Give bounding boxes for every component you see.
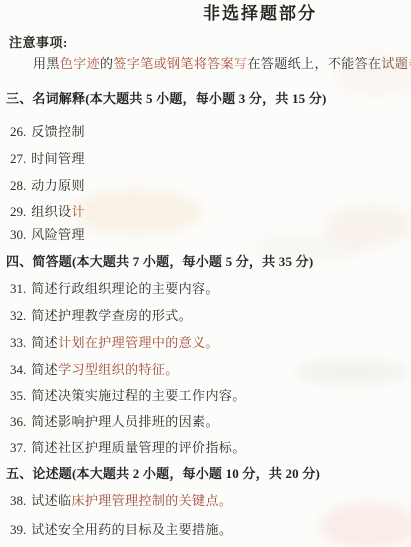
scan-artifact-smudge [320,503,411,547]
text-segment: 在答题纸上，不能答在 [247,56,381,71]
question-item: 32.简述护理教学查房的形式。 [10,307,192,324]
text-segment: 简述决策实施过程的主要工作内容。 [31,388,245,403]
question-number: 27. [10,151,26,166]
text-segment: 。 [219,493,232,508]
text-segment: 简述社区护理质量管理的评价指标。 [31,440,245,455]
section-heading: 四、简答题(本大题共 7 小题，每小题 5 分，共 35 分) [6,253,313,270]
text-segment: 简述影响护理人员排班的因素。 [31,414,219,429]
question-number: 34. [10,362,26,377]
question-item: 38.试述临床护理管理控制的关键点。 [10,492,232,509]
notice-line: 用黑色字迹的签字笔或钢笔将答案写在答题纸上，不能答在试题卷上。 [33,55,411,72]
text-segment: 简述 [31,335,58,350]
notice-label: 注意事项: [9,34,68,51]
text-segment: 的 [100,56,113,71]
scan-artifact-smudge [325,205,411,245]
question-item: 34.简述学习型组织的特征。 [10,361,179,378]
question-item: 28.动力原则 [10,177,85,194]
text-segment: 简述护理教学查房的形式。 [31,308,192,323]
section-heading: 五、论述题(本大题共 2 小题，每小题 10 分，共 20 分) [6,465,320,482]
text-segment: 计 [71,204,84,219]
question-item: 35.简述决策实施过程的主要工作内容。 [10,387,246,404]
question-number: 26. [10,124,26,139]
question-item: 27.时间管理 [10,150,85,167]
text-segment: 试题卷 [381,56,411,71]
text-segment: 动力原则 [31,178,85,193]
text-segment: 签字笔或钢笔将答案 [113,56,234,71]
question-number: 39. [10,522,26,537]
page-title: 非选择题部分 [110,3,410,25]
question-item: 39.试述安全用药的目标及主要措施。 [10,521,232,538]
question-number: 38. [10,493,26,508]
question-item: 31.简述行政组织理论的主要内容。 [10,280,219,297]
question-item: 30.风险管理 [10,226,85,243]
question-item: 26.反馈控制 [10,123,85,140]
question-number: 36. [10,414,26,429]
text-segment: 计划在护理管理中的意义。 [58,335,219,350]
question-number: 28. [10,178,26,193]
text-segment: 简述行政组织理论的主要内容。 [31,281,219,296]
text-segment: 学习型组织的特征。 [58,362,179,377]
exam-paper-page: 非选择题部分 注意事项: 用黑色字迹的签字笔或钢笔将答案写在答题纸上，不能答在试… [0,0,411,547]
question-number: 37. [10,440,26,455]
text-segment: 风险管理 [31,227,85,242]
question-number: 35. [10,388,26,403]
text-segment: 床护理管理控制的关键点 [71,493,218,508]
text-segment: 试述临 [31,493,71,508]
text-segment: 用黑 [33,56,60,71]
question-item: 29.组织设计 [10,203,85,220]
text-segment: 色字迹 [60,56,100,71]
question-number: 31. [10,281,26,296]
question-item: 36.简述影响护理人员排班的因素。 [10,413,219,430]
text-segment: 试述安全用药的目标及主要措施。 [31,522,232,537]
question-item: 37.简述社区护理质量管理的评价指标。 [10,439,246,456]
question-item: 33.简述计划在护理管理中的意义。 [10,334,219,351]
section-heading: 三、名词解释(本大题共 5 小题，每小题 3 分，共 15 分) [6,90,327,107]
text-segment: 写 [234,56,247,71]
question-number: 30. [10,227,26,242]
text-segment: 反馈控制 [31,124,85,139]
scan-artifact-smudge [295,360,407,384]
text-segment: 简述 [31,362,58,377]
question-number: 29. [10,204,26,219]
question-number: 33. [10,335,26,350]
text-segment: 组织设 [31,204,71,219]
scan-artifact-watermark [72,190,202,234]
text-segment: 时间管理 [31,151,85,166]
question-number: 32. [10,308,26,323]
